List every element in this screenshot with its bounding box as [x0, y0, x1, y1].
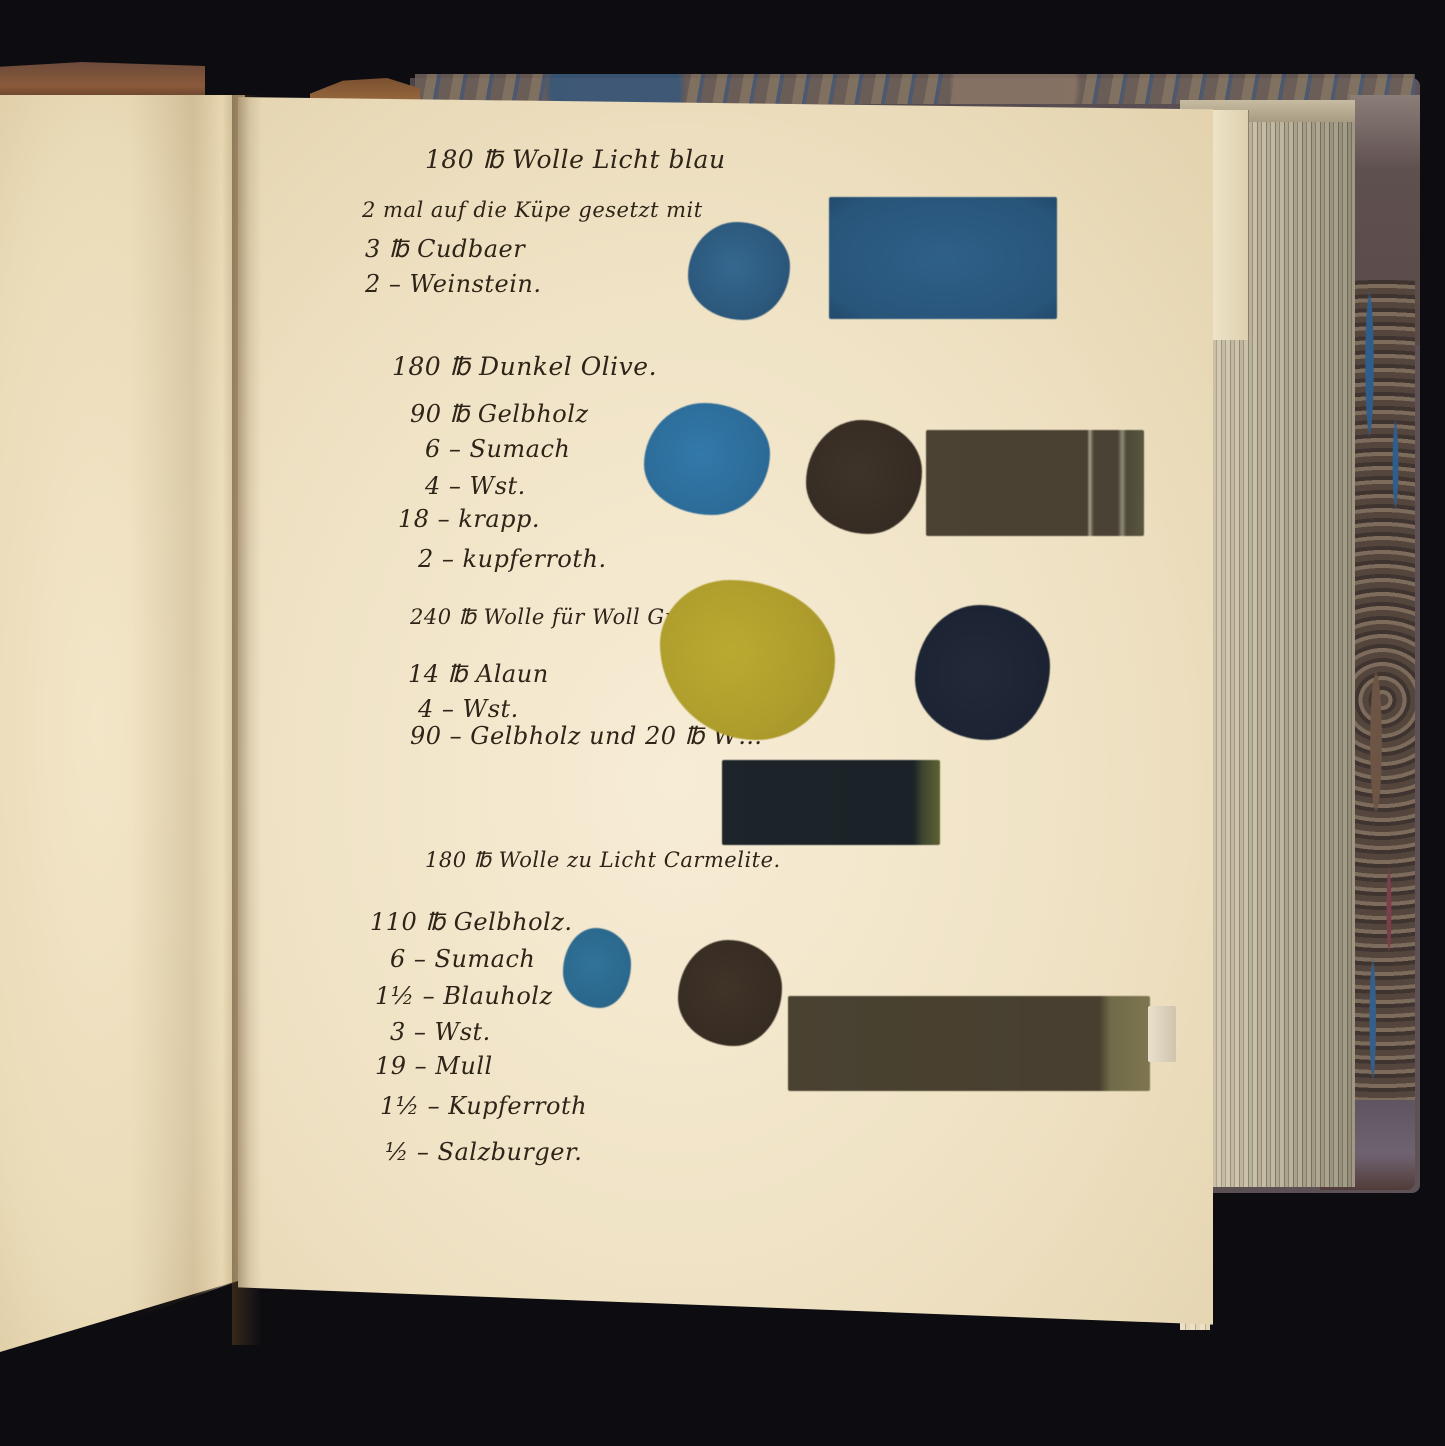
recipe-line: 110 ℔ Gelbholz. — [370, 908, 572, 936]
recipe-title: 240 ℔ Wolle für Woll Grün — [410, 605, 703, 629]
recipe-line: 18 – krapp. — [398, 505, 540, 533]
recipe-line: 90 ℔ Gelbholz — [410, 400, 589, 428]
recipe-line: ½ – Salzburger. — [385, 1138, 582, 1166]
wool-tuft-carmelite — [678, 940, 782, 1046]
cloth-swatch-dark-olive — [926, 430, 1144, 536]
cloth-swatch-carmelite — [788, 996, 1150, 1091]
recipe-line: 2 – Weinstein. — [365, 270, 542, 298]
recipe-line: 6 – Sumach — [390, 945, 535, 973]
folded-paper-tab — [1148, 1006, 1176, 1062]
recipe-line: 19 – Mull — [375, 1052, 493, 1080]
recipe-line: 2 mal auf die Küpe gesetzt mit — [362, 198, 703, 222]
wool-tuft-blue — [688, 222, 790, 320]
marbled-cover-side — [1350, 280, 1415, 1120]
recipe-line: 14 ℔ Alaun — [408, 660, 549, 688]
recipe-title: 180 ℔ Wolle Licht blau — [425, 145, 726, 174]
recipe-line: 1½ – Kupferroth — [380, 1092, 587, 1120]
recipe-title: 180 ℔ Dunkel Olive. — [392, 352, 657, 381]
cloth-swatch-blue — [829, 197, 1057, 319]
recipe-line: 6 – Sumach — [425, 435, 570, 463]
recipe-line: 3 – Wst. — [390, 1018, 491, 1046]
wool-tuft-dark-olive — [806, 420, 922, 534]
left-page-curl-shadow — [130, 95, 245, 1357]
wool-tuft-dark-green — [915, 605, 1050, 740]
recipe-line: 2 – kupferroth. — [418, 545, 607, 573]
recipe-title: 180 ℔ Wolle zu Licht Carmelite. — [425, 848, 781, 872]
recipe-line: 1½ – Blauholz — [375, 982, 553, 1010]
recipe-line: 3 ℔ Cudbaer — [365, 235, 525, 263]
tipped-in-leaf — [1208, 110, 1249, 340]
wool-tuft-blue — [644, 403, 770, 515]
wool-tuft-blue — [563, 928, 631, 1008]
gutter-shadow — [232, 95, 262, 1345]
recipe-line: 4 – Wst. — [425, 472, 526, 500]
recipe-line: 4 – Wst. — [418, 695, 519, 723]
cloth-swatch-dark-green — [722, 760, 940, 845]
